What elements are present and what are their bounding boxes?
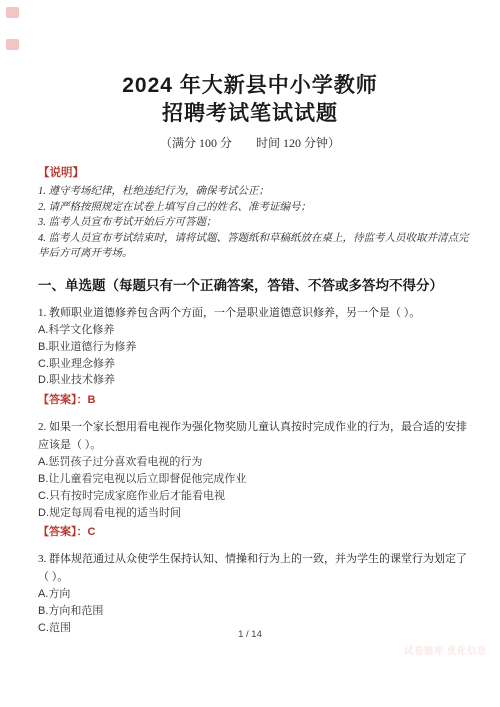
question-3-stem: 3. 群体规范通过从众使学生保持认知、情操和行为上的一致，并为学生的课堂行为划定… [38, 550, 470, 586]
title-line-2: 招聘考试笔试试题 [0, 100, 500, 128]
page-title: 2024 年大新县中小学教师 招聘考试笔试试题 [0, 72, 500, 128]
corner-stamp-icon [6, 39, 19, 50]
question-1-option-d: D.职业技术修养 [38, 372, 470, 389]
section-heading: 一、单选题（每题只有一个正确答案，答错、不答或多答均不得分） [38, 276, 470, 295]
corner-stamp-icon [6, 7, 19, 18]
document-body: 【说明】 1. 遵守考场纪律，杜绝违纪行为，确保考试公正； 2. 请严格按照规定… [38, 166, 470, 637]
question-2-stem: 2. 如果一个家长想用看电视作为强化物奖励儿童认真按时完成作业的行为，最合适的安… [38, 418, 470, 454]
instruction-item-3: 3. 监考人员宣布考试开始后方可答题； [38, 215, 470, 231]
question-2: 2. 如果一个家长想用看电视作为强化物奖励儿童认真按时完成作业的行为，最合适的安… [38, 418, 470, 541]
watermark: 试卷题库 优化信息 [404, 643, 487, 657]
question-3: 3. 群体规范通过从众使学生保持认知、情操和行为上的一致，并为学生的课堂行为划定… [38, 550, 470, 636]
exam-meta: （满分 100 分 时间 120 分钟） [0, 134, 500, 151]
question-3-option-a: A.方向 [38, 586, 470, 603]
instruction-item-1: 1. 遵守考场纪律，杜绝违纪行为，确保考试公正； [38, 184, 470, 200]
instruction-item-4: 4. 监考人员宣布考试结束时，请将试题、答题纸和草稿纸放在桌上，待监考人员收取并… [38, 231, 470, 262]
question-2-option-c: C.只有按时完成家庭作业后才能看电视 [38, 488, 470, 505]
question-1-option-c: C.职业理念修养 [38, 356, 470, 373]
question-2-option-a: A.惩罚孩子过分喜欢看电视的行为 [38, 454, 470, 471]
instructions-heading: 【说明】 [38, 166, 470, 181]
page-number: 1 / 14 [0, 629, 500, 640]
exam-paper-page: 2024 年大新县中小学教师 招聘考试笔试试题 （满分 100 分 时间 120… [0, 0, 500, 707]
question-2-option-b: B.让儿童看完电视以后立即督促他完成作业 [38, 471, 470, 488]
question-2-answer: 【答案】：C [38, 524, 470, 541]
question-1-stem: 1. 教师职业道德修养包含两个方面，一个是职业道德意识修养，另一个是（ ）。 [38, 304, 470, 322]
question-1-answer: 【答案】：B [38, 392, 470, 409]
instructions-block: 【说明】 1. 遵守考场纪律，杜绝违纪行为，确保考试公正； 2. 请严格按照规定… [38, 166, 470, 262]
question-2-option-d: D.规定每周看电视的适当时间 [38, 505, 470, 522]
question-1-option-b: B.职业道德行为修养 [38, 339, 470, 356]
instruction-item-2: 2. 请严格按照规定在试卷上填写自己的姓名、准考证编号； [38, 200, 470, 216]
question-1: 1. 教师职业道德修养包含两个方面，一个是职业道德意识修养，另一个是（ ）。 A… [38, 304, 470, 409]
title-line-1: 2024 年大新县中小学教师 [0, 72, 500, 100]
question-1-option-a: A.科学文化修养 [38, 322, 470, 339]
question-3-option-b: B.方向和范围 [38, 603, 470, 620]
